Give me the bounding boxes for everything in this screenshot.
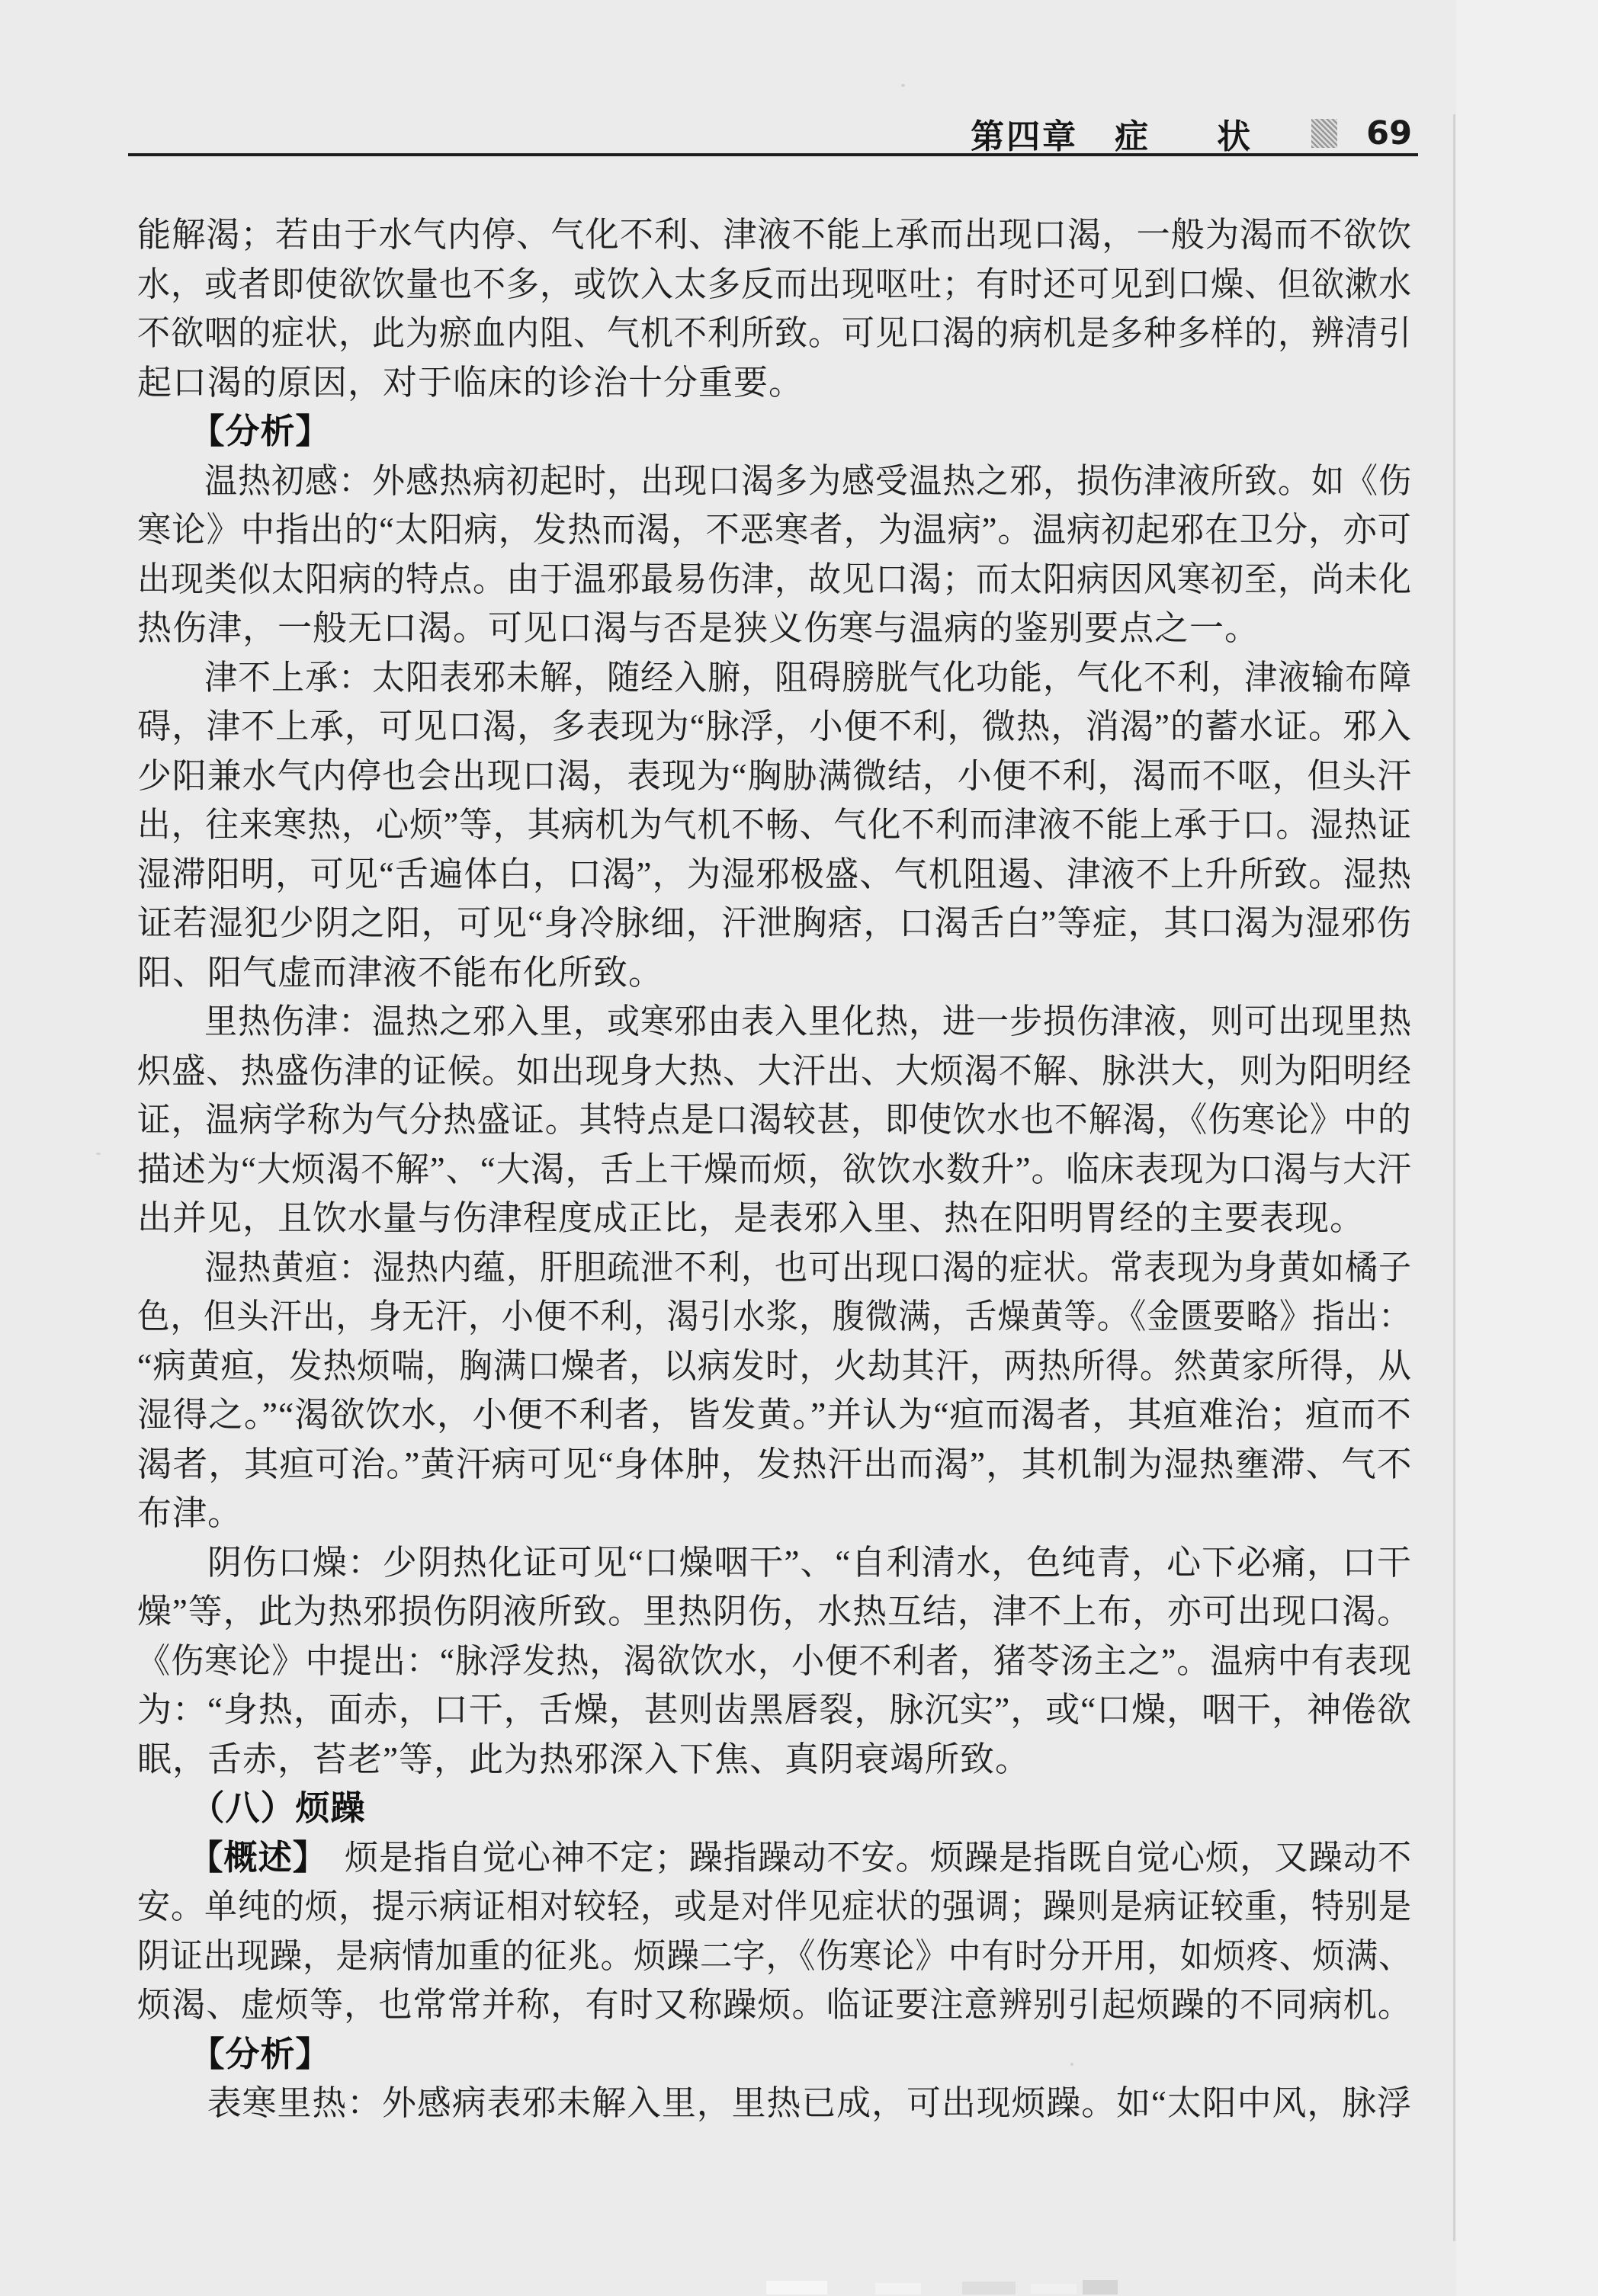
line-content: 【分析】 <box>137 2030 331 2080</box>
page-number: 69 <box>1366 114 1412 152</box>
text-line: 炽盛、热盛伤津的证候。如出现身大热、大汗出、大烦渴不解、脉洪大，则为阳明经 <box>137 1047 1412 1096</box>
text-line: 出现类似太阳病的特点。由于温邪最易伤津，故见口渴；而太阳病因风寒初至，尚未化 <box>137 555 1412 604</box>
line-content: 表寒里热：外感病表邪未解入里，里热已成，可出现烦躁。如“太阳中风，脉浮 <box>137 2079 1412 2128</box>
text-line: 水，或者即使欲饮量也不多，或饮入太多反而出现呕吐；有时还可见到口燥、但欲漱水 <box>137 260 1412 309</box>
line-content: 出，往来寒热，心烦”等，其病机为气机不畅、气化不利而津液不能上承于口。湿热证 <box>137 800 1412 850</box>
analysis-label-line: 【分析】 <box>137 2030 1412 2080</box>
text-line: 证，温病学称为气分热盛证。其特点是口渴较甚，即使饮水也不解渴，《伤寒论》中的 <box>137 1095 1412 1145</box>
line-content: 炽盛、热盛伤津的证候。如出现身大热、大汗出、大烦渴不解、脉洪大，则为阳明经 <box>137 1047 1412 1096</box>
text-line: 津不上承：太阳表邪未解，随经入腑，阻碍膀胱气化功能，气化不利，津液输布障 <box>137 653 1412 703</box>
line-content: 津不上承：太阳表邪未解，随经入腑，阻碍膀胱气化功能，气化不利，津液输布障 <box>137 653 1412 703</box>
line-content: （八）烦躁 <box>137 1784 366 1833</box>
text-run: 不欲咽的症状，此为瘀血内阻、气机不利所致。可见口渴的病机是多种多样的，辨清引 <box>137 314 1412 352</box>
text-run: 布津。 <box>137 1494 242 1532</box>
page-edge-region <box>1456 0 1598 2296</box>
page-header: 第四章 症 状 69 <box>137 111 1412 156</box>
line-content: 阳、阳气虚而津液不能布化所致。 <box>137 948 663 998</box>
text-line: 起口渴的原因，对于临床的诊治十分重要。 <box>137 358 1412 408</box>
chapter-title-char: 状 <box>1217 109 1250 158</box>
line-content: 不欲咽的症状，此为瘀血内阻、气机不利所致。可见口渴的病机是多种多样的，辨清引 <box>137 309 1412 358</box>
line-content: “病黄疸，发热烦喘，胸满口燥者，以病发时，火劫其汗，两热所得。然黄家所得，从 <box>137 1342 1412 1391</box>
text-line: 《伤寒论》中提出：“脉浮发热，渴欲饮水，小便不利者，猪苓汤主之”。温病中有表现 <box>137 1637 1412 1686</box>
text-line: 湿热黄疸：湿热内蕴，肝胆疏泄不利，也可出现口渴的症状。常表现为身黄如橘子 <box>137 1243 1412 1293</box>
text-run: “病黄疸，发热烦喘，胸满口燥者，以病发时，火劫其汗，两热所得。然黄家所得，从 <box>137 1347 1412 1385</box>
scan-speck <box>1070 2063 1073 2066</box>
text-line: 出并见，且饮水量与伤津程度成正比，是表邪入里、热在阳明胃经的主要表现。 <box>137 1194 1412 1243</box>
chapter-label: 第四章 <box>971 109 1078 158</box>
text-run: 烦是指自觉心神不定；躁指躁动不安。烦躁是指既自觉心烦，又躁动不 <box>310 1839 1412 1877</box>
scan-artifact <box>875 2283 921 2294</box>
text-line: 布津。 <box>137 1489 1412 1538</box>
text-line: 里热伤津：温热之邪入里，或寒邪由表入里化热，进一步损伤津液，则可出现里热 <box>137 997 1412 1047</box>
line-content: 出并见，且饮水量与伤津程度成正比，是表邪入里、热在阳明胃经的主要表现。 <box>137 1194 1365 1243</box>
chapter-title-char: 症 <box>1115 109 1148 158</box>
text-line: 能解渴；若由于水气内停、气化不利、津液不能上承而出现口渴，一般为渴而不欲饮 <box>137 210 1412 260</box>
line-content: 出现类似太阳病的特点。由于温邪最易伤津，故见口渴；而太阳病因风寒初至，尚未化 <box>137 555 1412 604</box>
scan-speck <box>96 1153 101 1155</box>
section-label: （八）烦躁 <box>207 1788 366 1827</box>
book-page-scan: 第四章 症 状 69 能解渴；若由于水气内停、气化不利、津液不能上承而出现口渴，… <box>0 0 1598 2296</box>
text-line: 渴者，其疸可治。”黄汗病可见“身体肿，发热汗出而渴”，其机制为湿热壅滞、气不 <box>137 1440 1412 1490</box>
text-run: 温热初感：外感热病初起时，出现口渴多为感受温热之邪，损伤津液所致。如《伤 <box>137 462 1412 500</box>
text-line: 燥”等，此为热邪损伤阴液所致。里热阴伤，水热互结，津不上布，亦可出现口渴。 <box>137 1587 1412 1637</box>
line-content: 烦渴、虚烦等，也常常并称，有时又称躁烦。临证要注意辨别引起烦躁的不同病机。 <box>137 1980 1412 2030</box>
text-line: 出，往来寒热，心烦”等，其病机为气机不畅、气化不利而津液不能上承于口。湿热证 <box>137 800 1412 850</box>
text-run: 烦渴、虚烦等，也常常并称，有时又称躁烦。临证要注意辨别引起烦躁的不同病机。 <box>137 1986 1412 2024</box>
line-content: 里热伤津：温热之邪入里，或寒邪由表入里化热，进一步损伤津液，则可出现里热 <box>137 997 1412 1047</box>
text-run: 证若湿犯少阴之阳，可见“身冷脉细，汗泄胸痞，口渴舌白”等症，其口渴为湿邪伤 <box>137 904 1412 942</box>
body-text: 能解渴；若由于水气内停、气化不利、津液不能上承而出现口渴，一般为渴而不欲饮水，或… <box>137 210 1412 2128</box>
scan-artifact <box>1031 2284 1077 2294</box>
text-line: 阳、阳气虚而津液不能布化所致。 <box>137 948 1412 998</box>
line-content: 碍，津不上承，可见口渴，多表现为“脉浮，小便不利，微热，消渴”的蓄水证。邪入 <box>137 702 1412 752</box>
text-run: 安。单纯的烦，提示病证相对较轻，或是对伴见症状的强调；躁则是病证较重，特别是 <box>137 1887 1412 1926</box>
line-content: 阴伤口燥：少阴热化证可见“口燥咽干”、“自利清水，色纯青，心下必痛，口干 <box>137 1538 1412 1588</box>
text-run: 少阳兼水气内停也会出现口渴，表现为“胸胁满微结，小便不利，渴而不呕，但头汗 <box>137 757 1412 795</box>
line-content: 少阳兼水气内停也会出现口渴，表现为“胸胁满微结，小便不利，渴而不呕，但头汗 <box>137 752 1412 801</box>
text-line: 证若湿犯少阴之阳，可见“身冷脉细，汗泄胸痞，口渴舌白”等症，其口渴为湿邪伤 <box>137 899 1412 948</box>
line-content: 能解渴；若由于水气内停、气化不利、津液不能上承而出现口渴，一般为渴而不欲饮 <box>137 210 1412 260</box>
text-run: 湿得之。”“渴欲饮水，小便不利者，皆发黄。”并认为“疸而渴者，其疸难治；疸而不 <box>137 1396 1412 1434</box>
text-run: 描述为“大烦渴不解”、“大渴，舌上干燥而烦，欲饮水数升”。临床表现为口渴与大汗 <box>137 1150 1412 1188</box>
text-line: 【概述】 烦是指自觉心神不定；躁指躁动不安。烦躁是指既自觉心烦，又躁动不 <box>137 1833 1412 1883</box>
line-content: 渴者，其疸可治。”黄汗病可见“身体肿，发热汗出而渴”，其机制为湿热壅滞、气不 <box>137 1440 1412 1490</box>
line-content: 湿滞阳明，可见“舌遍体白，口渴”，为湿邪极盛、气机阻遏、津液不上升所致。湿热 <box>137 850 1412 899</box>
text-line: 描述为“大烦渴不解”、“大渴，舌上干燥而烦，欲饮水数升”。临床表现为口渴与大汗 <box>137 1145 1412 1194</box>
line-content: 【分析】 <box>137 407 331 457</box>
text-line: 湿滞阳明，可见“舌遍体白，口渴”，为湿邪极盛、气机阻遏、津液不上升所致。湿热 <box>137 850 1412 899</box>
text-run: 津不上承：太阳表邪未解，随经入腑，阻碍膀胱气化功能，气化不利，津液输布障 <box>137 659 1412 697</box>
text-line: 碍，津不上承，可见口渴，多表现为“脉浮，小便不利，微热，消渴”的蓄水证。邪入 <box>137 702 1412 752</box>
text-run: 表寒里热：外感病表邪未解入里，里热已成，可出现烦躁。如“太阳中风，脉浮 <box>137 2084 1412 2122</box>
text-line: “病黄疸，发热烦喘，胸满口燥者，以病发时，火劫其汗，两热所得。然黄家所得，从 <box>137 1342 1412 1391</box>
text-line: 阴证出现躁，是病情加重的征兆。烦躁二字，《伤寒论》中有时分开用，如烦疼、烦满、 <box>137 1932 1412 1981</box>
text-line: 烦渴、虚烦等，也常常并称，有时又称躁烦。临证要注意辨别引起烦躁的不同病机。 <box>137 1980 1412 2030</box>
text-run: 能解渴；若由于水气内停、气化不利、津液不能上承而出现口渴，一般为渴而不欲饮 <box>137 216 1412 254</box>
header-rule <box>128 153 1418 156</box>
text-run: 证，温病学称为气分热盛证。其特点是口渴较甚，即使饮水也不解渴，《伤寒论》中的 <box>137 1101 1412 1139</box>
scan-bottom-artifacts <box>0 2278 1598 2296</box>
text-run: 渴者，其疸可治。”黄汗病可见“身体肿，发热汗出而渴”，其机制为湿热壅滞、气不 <box>137 1445 1412 1483</box>
analysis-label-line: 【分析】 <box>137 407 1412 457</box>
text-run <box>137 2035 207 2073</box>
text-line: 少阳兼水气内停也会出现口渴，表现为“胸胁满微结，小便不利，渴而不呕，但头汗 <box>137 752 1412 801</box>
text-run: 燥”等，此为热邪损伤阴液所致。里热阴伤，水热互结，津不上布，亦可出现口渴。 <box>137 1592 1412 1631</box>
line-content: 阴证出现躁，是病情加重的征兆。烦躁二字，《伤寒论》中有时分开用，如烦疼、烦满、 <box>137 1932 1412 1981</box>
line-content: 热伤津，一般无口渴。可见口渴与否是狭义伤寒与温病的鉴别要点之一。 <box>137 604 1259 653</box>
text-run: 碍，津不上承，可见口渴，多表现为“脉浮，小便不利，微热，消渴”的蓄水证。邪入 <box>137 707 1412 746</box>
text-line: 眠，舌赤，苔老”等，此为热邪深入下焦、真阴衰竭所致。 <box>137 1735 1412 1785</box>
line-content: 【概述】 烦是指自觉心神不定；躁指躁动不安。烦躁是指既自觉心烦，又躁动不 <box>137 1833 1412 1883</box>
text-run: 水，或者即使欲饮量也不多，或饮入太多反而出现呕吐；有时还可见到口燥、但欲漱水 <box>137 265 1412 303</box>
section-heading: （八）烦躁 <box>137 1784 1412 1833</box>
text-run: 湿热黄疸：湿热内蕴，肝胆疏泄不利，也可出现口渴的症状。常表现为身黄如橘子 <box>137 1249 1412 1287</box>
text-run: 阴伤口燥：少阴热化证可见“口燥咽干”、“自利清水，色纯青，心下必痛，口干 <box>137 1544 1412 1582</box>
scan-speck <box>901 84 905 87</box>
text-line: 阴伤口燥：少阴热化证可见“口燥咽干”、“自利清水，色纯青，心下必痛，口干 <box>137 1538 1412 1588</box>
line-content: 温热初感：外感热病初起时，出现口渴多为感受温热之邪，损伤津液所致。如《伤 <box>137 457 1412 506</box>
text-line: 湿得之。”“渴欲饮水，小便不利者，皆发黄。”并认为“疸而渴者，其疸难治；疸而不 <box>137 1390 1412 1440</box>
section-label: 【概述】 <box>206 1838 310 1877</box>
page-edge-line <box>1453 114 1455 2241</box>
text-line: 不欲咽的症状，此为瘀血内阻、气机不利所致。可见口渴的病机是多种多样的，辨清引 <box>137 309 1412 358</box>
line-content: 证若湿犯少阴之阳，可见“身冷脉细，汗泄胸痞，口渴舌白”等症，其口渴为湿邪伤 <box>137 899 1412 948</box>
scan-artifact <box>1083 2280 1118 2294</box>
text-line: 安。单纯的烦，提示病证相对较轻，或是对伴见症状的强调；躁则是病证较重，特别是 <box>137 1882 1412 1932</box>
text-run: 起口渴的原因，对于临床的诊治十分重要。 <box>137 364 804 402</box>
section-label: 【分析】 <box>207 412 331 451</box>
section-label: 【分析】 <box>207 2035 331 2073</box>
line-content: 描述为“大烦渴不解”、“大渴，舌上干燥而烦，欲饮水数升”。临床表现为口渴与大汗 <box>137 1145 1412 1194</box>
line-content: 眠，舌赤，苔老”等，此为热邪深入下焦、真阴衰竭所致。 <box>137 1735 1030 1785</box>
text-run: 出并见，且饮水量与伤津程度成正比，是表邪入里、热在阳明胃经的主要表现。 <box>137 1199 1365 1237</box>
hatched-square-icon <box>1311 119 1337 148</box>
scan-artifact <box>766 2281 827 2294</box>
text-run: 为：“身热，面赤，口干，舌燥，甚则齿黑唇裂，脉沉实”，或“口燥，咽干，神倦欲 <box>137 1691 1412 1729</box>
text-line: 表寒里热：外感病表邪未解入里，里热已成，可出现烦躁。如“太阳中风，脉浮 <box>137 2079 1412 2128</box>
text-line: 寒论》中指出的“太阳病，发热而渴，不恶寒者，为温病”。温病初起邪在卫分，亦可 <box>137 505 1412 555</box>
line-content: 寒论》中指出的“太阳病，发热而渴，不恶寒者，为温病”。温病初起邪在卫分，亦可 <box>137 505 1412 555</box>
line-content: 起口渴的原因，对于临床的诊治十分重要。 <box>137 358 804 408</box>
text-run: 里热伤津：温热之邪入里，或寒邪由表入里化热，进一步损伤津液，则可出现里热 <box>137 1002 1412 1041</box>
line-content: 为：“身热，面赤，口干，舌燥，甚则齿黑唇裂，脉沉实”，或“口燥，咽干，神倦欲 <box>137 1685 1412 1735</box>
text-line: 色，但头汗出，身无汗，小便不利，渴引水浆，腹微满，舌燥黄等。《金匮要略》指出： <box>137 1292 1412 1342</box>
line-content: 布津。 <box>137 1489 242 1538</box>
text-line: 温热初感：外感热病初起时，出现口渴多为感受温热之邪，损伤津液所致。如《伤 <box>137 457 1412 506</box>
text-line: 热伤津，一般无口渴。可见口渴与否是狭义伤寒与温病的鉴别要点之一。 <box>137 604 1412 653</box>
line-content: 证，温病学称为气分热盛证。其特点是口渴较甚，即使饮水也不解渴，《伤寒论》中的 <box>137 1095 1412 1145</box>
text-run: 热伤津，一般无口渴。可见口渴与否是狭义伤寒与温病的鉴别要点之一。 <box>137 609 1259 647</box>
line-content: 《伤寒论》中提出：“脉浮发热，渴欲饮水，小便不利者，猪苓汤主之”。温病中有表现 <box>137 1637 1412 1686</box>
text-line: 为：“身热，面赤，口干，舌燥，甚则齿黑唇裂，脉沉实”，或“口燥，咽干，神倦欲 <box>137 1685 1412 1735</box>
text-run: 出现类似太阳病的特点。由于温邪最易伤津，故见口渴；而太阳病因风寒初至，尚未化 <box>137 560 1412 598</box>
text-run: 湿滞阳明，可见“舌遍体白，口渴”，为湿邪极盛、气机阻遏、津液不上升所致。湿热 <box>137 855 1412 893</box>
text-run: 阳、阳气虚而津液不能布化所致。 <box>137 954 663 992</box>
text-run <box>137 1839 206 1877</box>
text-run: 眠，舌赤，苔老”等，此为热邪深入下焦、真阴衰竭所致。 <box>137 1740 1030 1778</box>
text-run <box>137 412 207 451</box>
text-run: 《伤寒论》中提出：“脉浮发热，渴欲饮水，小便不利者，猪苓汤主之”。温病中有表现 <box>137 1642 1412 1680</box>
text-run: 阴证出现躁，是病情加重的征兆。烦躁二字，《伤寒论》中有时分开用，如烦疼、烦满、 <box>137 1937 1412 1975</box>
text-run: 炽盛、热盛伤津的证候。如出现身大热、大汗出、大烦渴不解、脉洪大，则为阳明经 <box>137 1052 1412 1090</box>
line-content: 湿得之。”“渴欲饮水，小便不利者，皆发黄。”并认为“疸而渴者，其疸难治；疸而不 <box>137 1390 1412 1440</box>
line-content: 燥”等，此为热邪损伤阴液所致。里热阴伤，水热互结，津不上布，亦可出现口渴。 <box>137 1587 1412 1637</box>
text-run <box>137 1789 207 1827</box>
text-run: 寒论》中指出的“太阳病，发热而渴，不恶寒者，为温病”。温病初起邪在卫分，亦可 <box>137 511 1412 549</box>
text-run: 色，但头汗出，身无汗，小便不利，渴引水浆，腹微满，舌燥黄等。《金匮要略》指出： <box>137 1297 1412 1336</box>
line-content: 水，或者即使欲饮量也不多，或饮入太多反而出现呕吐；有时还可见到口燥、但欲漱水 <box>137 260 1412 309</box>
scan-artifact <box>962 2282 1016 2294</box>
line-content: 安。单纯的烦，提示病证相对较轻，或是对伴见症状的强调；躁则是病证较重，特别是 <box>137 1882 1412 1932</box>
line-content: 色，但头汗出，身无汗，小便不利，渴引水浆，腹微满，舌燥黄等。《金匮要略》指出： <box>137 1292 1412 1342</box>
text-run: 出，往来寒热，心烦”等，其病机为气机不畅、气化不利而津液不能上承于口。湿热证 <box>137 806 1412 844</box>
line-content: 湿热黄疸：湿热内蕴，肝胆疏泄不利，也可出现口渴的症状。常表现为身黄如橘子 <box>137 1243 1412 1293</box>
